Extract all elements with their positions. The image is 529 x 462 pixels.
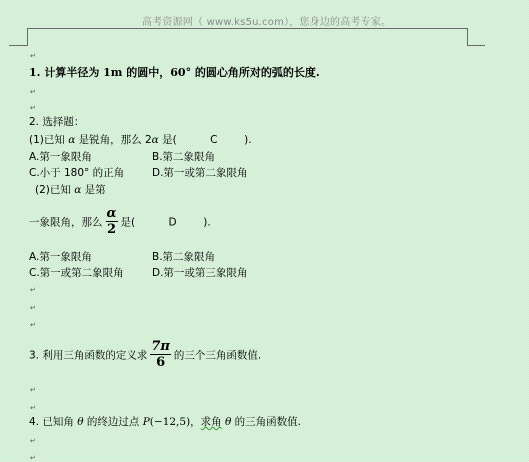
fraction-alpha-over-2: α2 (106, 207, 118, 237)
stem-prefix: (1)已知 (29, 134, 68, 146)
q4-middle: 的终边过点 (84, 416, 143, 428)
option-a: A.第一象限角 (29, 149, 92, 164)
stem-line2-suffix: 是( D ). (121, 217, 211, 229)
spellcheck-underlined-text: 求角 (201, 416, 222, 428)
option-a: A.第一象限角 (29, 249, 92, 264)
header-rule-left-tick (9, 45, 28, 46)
stem-middle: 是锐角，那么 2 (75, 134, 151, 146)
page-header-text: 高考资源网（ www.ks5u.com），您身边的高考专家。 (142, 13, 391, 28)
stem-line2-prefix: 一象限角，那么 (29, 217, 103, 229)
question-4: 4. 已知角 θ 的终边过点 P(−12,5)，求角 θ 的三角函数值. (29, 414, 301, 429)
option-b: B.第二象限角 (152, 149, 215, 164)
question-1: 1. 计算半径为 1m 的圆中，60° 的圆心角所对的弧的长度. (29, 64, 320, 80)
question-3: 3. 利用三角函数的定义求7π6的三个三角函数值. (29, 340, 261, 370)
q3-prefix: 3. 利用三角函数的定义求 (29, 350, 147, 362)
option-c: C.小于 180° 的正角 (29, 165, 124, 180)
header-rule-right-drop (467, 28, 468, 45)
fraction-denominator: 2 (106, 222, 118, 237)
paragraph-mark: ↵ (30, 286, 36, 294)
paragraph-mark: ↵ (30, 88, 36, 96)
fraction-denominator: 6 (150, 355, 171, 370)
question-2-2-stem-line2: 一象限角，那么α2是( D ). (29, 207, 211, 237)
header-rule-left-drop (27, 28, 28, 45)
paragraph-mark: ↵ (30, 104, 36, 112)
q3-suffix: 的三个三角函数值. (174, 350, 261, 362)
stem-suffix: 是第 (81, 184, 105, 196)
fraction-7pi-over-6: 7π6 (150, 340, 171, 370)
paragraph-mark: ↵ (30, 454, 36, 462)
question-2-title: 2. 选择题： (29, 114, 84, 129)
paragraph-mark: ↵ (30, 437, 36, 445)
fraction-numerator: 7π (150, 340, 171, 355)
option-d: D.第一或第三象限角 (152, 265, 247, 280)
paragraph-mark: ↵ (30, 304, 36, 312)
point-coords: (−12,5)， (150, 416, 201, 428)
q4-suffix: 的三角函数值. (231, 416, 301, 428)
option-d: D.第一或第二象限角 (152, 165, 247, 180)
paragraph-mark: ↵ (30, 404, 36, 412)
question-2-1-stem: (1)已知 α 是锐角，那么 2α 是( C ). (29, 132, 252, 147)
q4-prefix: 4. 已知角 (29, 416, 77, 428)
fraction-numerator: α (106, 207, 118, 222)
option-b: B.第二象限角 (152, 249, 215, 264)
header-rule-right-tick (467, 45, 485, 46)
paragraph-mark: ↵ (30, 52, 36, 60)
question-2-2-stem-line1: (2)已知 α 是第 (35, 182, 106, 197)
stem-suffix: 是( C ). (159, 134, 252, 146)
option-c: C.第一或第二象限角 (29, 265, 124, 280)
alpha-symbol: α (152, 134, 159, 146)
header-rule-top (27, 28, 467, 29)
paragraph-mark: ↵ (30, 386, 36, 394)
stem-prefix: (2)已知 (35, 184, 74, 196)
paragraph-mark: ↵ (30, 321, 36, 329)
point-label: P (143, 416, 150, 428)
theta-symbol: θ (222, 416, 232, 428)
